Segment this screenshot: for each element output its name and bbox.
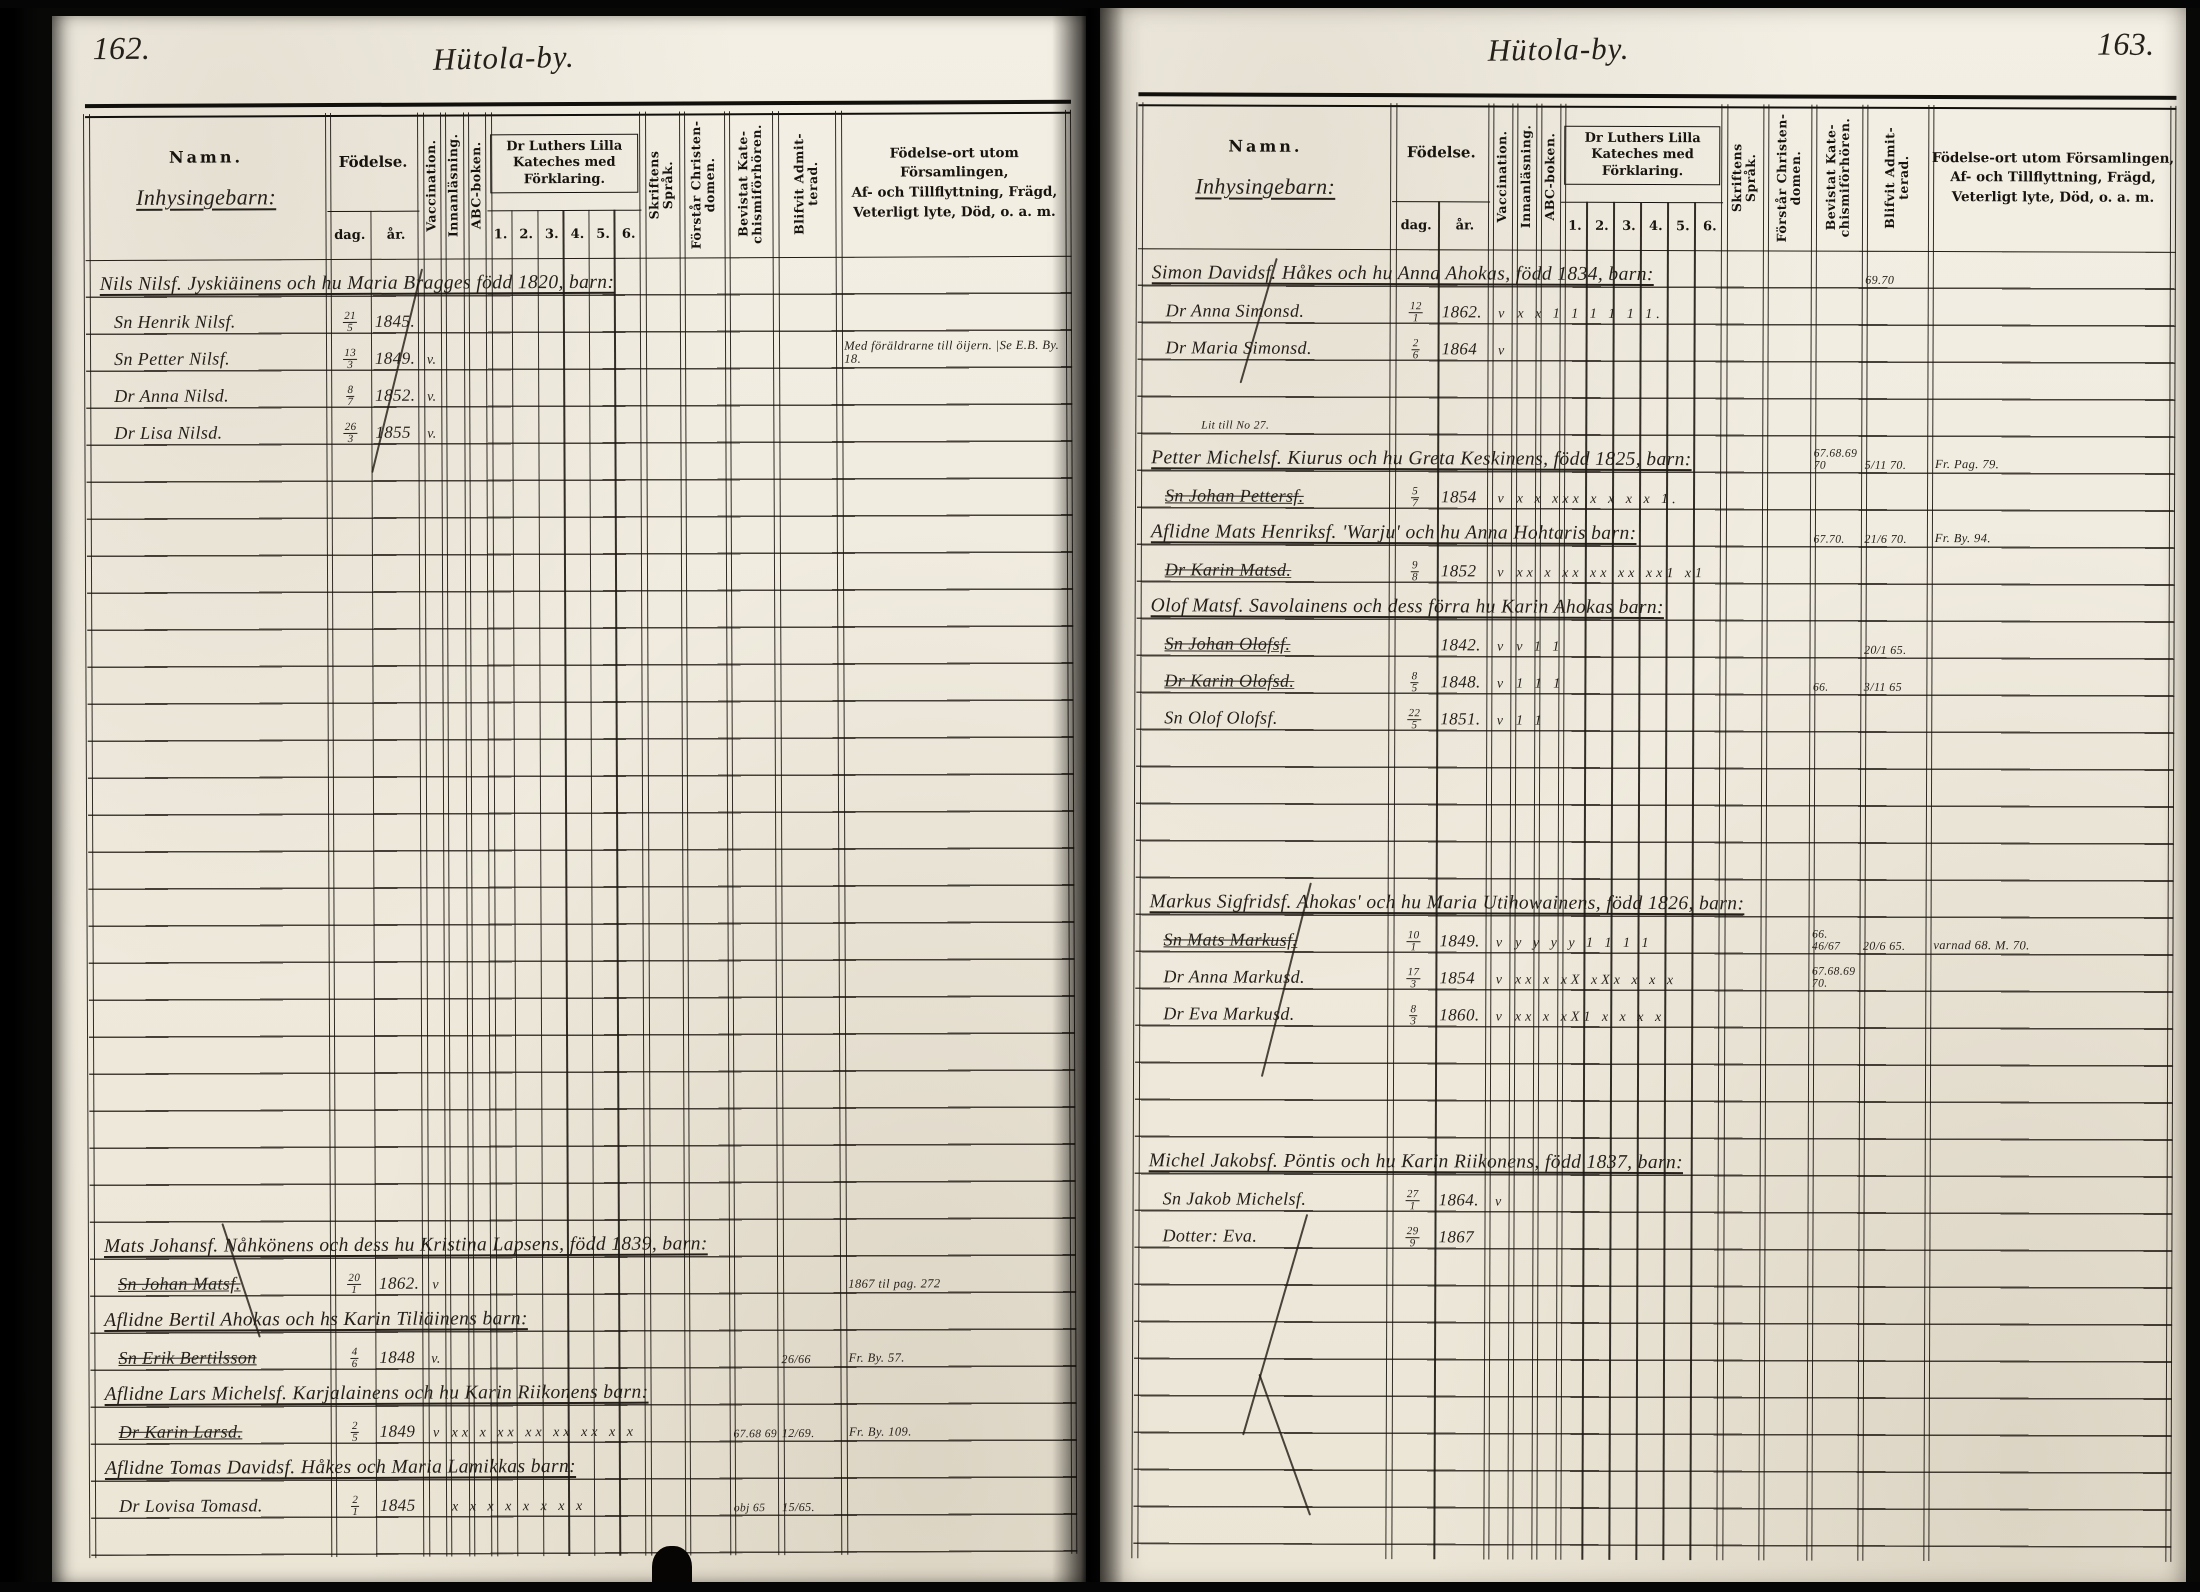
reading-marks: xx x xX1 x x x x bbox=[1511, 1010, 1721, 1029]
person-name: Sn Olof Olofsf. bbox=[1136, 707, 1390, 731]
person-name: Sn Jakob Michelsf. bbox=[1135, 1188, 1389, 1212]
birth-day: 299 bbox=[1389, 1223, 1437, 1249]
birth-day: 133 bbox=[328, 345, 373, 371]
reading-marks: v 1 1 bbox=[1512, 640, 1722, 659]
column-blifvit-admitterad: Blifvit Admit- terad. bbox=[1863, 105, 1930, 251]
column-fodelse: Födelse. bbox=[1392, 103, 1490, 201]
admitted-date: 5/11 70. bbox=[1863, 459, 1929, 474]
margin-note: Fr. By. 57. bbox=[843, 1351, 1077, 1368]
grade-2: 2. bbox=[1588, 202, 1615, 250]
birth-day: 85 bbox=[1391, 668, 1439, 694]
margin-note: 1867 til pag. 272 bbox=[842, 1277, 1076, 1294]
birth-year: 1845 bbox=[378, 1496, 425, 1518]
register-row: Aflidne Lars Michelsf. Karjalainens och … bbox=[90, 1367, 1076, 1408]
birth-year: 1852 bbox=[1439, 561, 1489, 583]
birth-day-fraction: 121 bbox=[1409, 301, 1423, 325]
examination-years: 67.68.69 70 bbox=[1812, 447, 1863, 473]
birth-day-fraction: 85 bbox=[1411, 671, 1419, 695]
register-row: Michel Jakobsf. Pöntis och hu Karin Riik… bbox=[1135, 1137, 2173, 1178]
bevistat-label: Bevistat Kate- chismiförhören. bbox=[736, 124, 764, 244]
table-header: Namn. Inhysingebarn: Födelse. dag. år. V… bbox=[1138, 102, 2177, 252]
table-body: Simon Davidsf. Håkes och hu Anna Ahokas,… bbox=[1133, 248, 2176, 1548]
examination-years: obj 65 bbox=[732, 1502, 780, 1516]
register-row: Sn Petter Nilsf.1331849.v.Med föräldrarn… bbox=[86, 331, 1072, 372]
person-name: Dr Anna Markusd. bbox=[1135, 966, 1389, 990]
person-name: Dr Anna Simonsd. bbox=[1138, 300, 1392, 324]
register-row: Dr Lisa Nilsd.2631855v. bbox=[86, 405, 1072, 446]
birth-day-fraction: 57 bbox=[1411, 486, 1419, 510]
reading-marks: y y y y 1 1 1 1 bbox=[1511, 936, 1721, 955]
birth-day: 83 bbox=[1389, 1001, 1437, 1027]
birth-day-fraction: 87 bbox=[346, 385, 354, 409]
register-row: Dr Karin Larsd.251849vxx x xx xx xx xx x… bbox=[91, 1404, 1077, 1445]
column-skriftens-sprak: Skriftens Språk. bbox=[641, 112, 681, 258]
register-row: Dr Anna Nilsd.871852.v. bbox=[86, 368, 1072, 409]
register-row: Dr Karin Olofsd.851848.v1 1 166.3/11 65 bbox=[1136, 656, 2174, 697]
birth-year: 1851. bbox=[1438, 709, 1488, 731]
bevistat-label: Bevistat Kate- chismiförhören. bbox=[1824, 118, 1852, 238]
birth-year: 1852. bbox=[373, 386, 420, 408]
column-fodelseort: Födelse-ort utom Församlingen, Af- och T… bbox=[1930, 105, 2177, 252]
column-dag: dag. bbox=[327, 211, 373, 259]
birth-year: 1862. bbox=[1440, 302, 1490, 324]
birth-year: 1849. bbox=[1437, 931, 1487, 953]
birth-day-fraction: 101 bbox=[1407, 930, 1421, 954]
page-number: 162. bbox=[93, 30, 151, 67]
person-name: Dr Lovisa Tomasd. bbox=[91, 1495, 333, 1519]
namn-label: Namn. bbox=[1228, 137, 1302, 156]
section-heading: Inhysingebarn: bbox=[1195, 173, 1335, 199]
register-row: Olof Matsf. Savolainens och dess förra h… bbox=[1137, 582, 2175, 623]
birth-day-fraction: 46 bbox=[351, 1347, 359, 1371]
admitted-date: 3/11 65 bbox=[1862, 681, 1928, 696]
innanlasning-label: Innanläsning. bbox=[446, 134, 460, 238]
register-table: Namn. Inhysingebarn: Födelse. dag. år. V… bbox=[1133, 92, 2176, 1562]
birth-day-fraction: 225 bbox=[1407, 708, 1421, 732]
family-group-heading: Michel Jakobsf. Pöntis och hu Karin Riik… bbox=[1135, 1150, 1810, 1176]
birth-day: 121 bbox=[1392, 298, 1440, 324]
register-row: Aflidne Bertil Ahokas och hs Karin Tiliä… bbox=[90, 1293, 1076, 1334]
grade-6: 6. bbox=[616, 210, 642, 258]
birth-day: 263 bbox=[328, 419, 373, 445]
scanned-register-spread: 162. Hütola-by. Namn. Inhysingebarn: Föd… bbox=[0, 0, 2200, 1592]
birth-day: 26 bbox=[1392, 335, 1440, 361]
family-group-heading: Simon Davidsf. Håkes och hu Anna Ahokas,… bbox=[1138, 262, 1813, 288]
birth-year: 1862. bbox=[377, 1274, 424, 1296]
examination-years: 67.68.69 70. bbox=[1810, 965, 1861, 991]
person-name: Dr Karin Matsd. bbox=[1137, 559, 1391, 583]
vaccination-label: Vaccination. bbox=[424, 140, 438, 232]
person-name: Sn Johan Olofsf. bbox=[1136, 633, 1390, 657]
grade-2: 2. bbox=[513, 210, 539, 258]
birth-year: 1860. bbox=[1437, 1005, 1487, 1027]
page-inner: 162. Hütola-by. Namn. Inhysingebarn: Föd… bbox=[49, 14, 1090, 1584]
register-row: Markus Sigfridsf. Ahokas' och hu Maria U… bbox=[1136, 878, 2174, 919]
family-group-heading: Olof Matsf. Savolainens och dess förra h… bbox=[1137, 595, 1812, 621]
register-row: Sn Erik Bertilsson461848v.26/66Fr. By. 5… bbox=[90, 1330, 1076, 1371]
register-row: Sn Johan Pettersf.571854vx x xxx x x x x… bbox=[1137, 471, 2175, 512]
register-row: Dr Karin Matsd.981852vxx x xx xx xx xx1 … bbox=[1137, 545, 2175, 586]
column-dag: dag. bbox=[1392, 201, 1440, 249]
birth-day-fraction: 26 bbox=[1412, 338, 1420, 362]
birth-day-fraction: 271 bbox=[1406, 1189, 1420, 1213]
birth-day: 225 bbox=[1391, 705, 1439, 731]
page-title: Hütola-by. bbox=[432, 39, 575, 78]
table-header: Namn. Inhysingebarn: Födelse. dag. år. V… bbox=[85, 110, 1072, 260]
column-fodelse: Födelse. bbox=[327, 113, 420, 211]
forstar-label: Förstår Christen- domen. bbox=[1775, 113, 1803, 242]
skriftens-sprak-label: Skriftens Språk. bbox=[1730, 143, 1758, 212]
birth-day-fraction: 25 bbox=[351, 1421, 359, 1445]
register-page-162: 162. Hütola-by. Namn. Inhysingebarn: Föd… bbox=[52, 16, 1086, 1582]
examination-years: 67.70. bbox=[1811, 534, 1862, 548]
grade-6: 6. bbox=[1696, 202, 1723, 250]
grade-4: 4. bbox=[1642, 202, 1669, 250]
group-ref-note: Lit till No 27. bbox=[1201, 419, 1269, 431]
column-namn: Namn. Inhysingebarn: bbox=[1138, 102, 1393, 249]
pen-stroke bbox=[1258, 1374, 1311, 1516]
birth-day-fraction: 263 bbox=[344, 422, 358, 446]
birth-day-fraction: 83 bbox=[1409, 1004, 1417, 1028]
register-table: Namn. Inhysingebarn: Födelse. dag. år. V… bbox=[85, 100, 1077, 1558]
birth-day: 271 bbox=[1389, 1186, 1437, 1212]
person-name: Sn Johan Matsf. bbox=[90, 1273, 332, 1297]
person-name: Dr Eva Markusd. bbox=[1135, 1003, 1389, 1027]
column-fodelseort: Födelse-ort utom Församlingen, Af- och T… bbox=[837, 110, 1071, 257]
grade-5: 5. bbox=[1669, 202, 1696, 250]
person-name: Dr Anna Nilsd. bbox=[86, 385, 328, 409]
admitted-date: 21/6 70. bbox=[1862, 533, 1928, 548]
birth-day: 57 bbox=[1391, 483, 1439, 509]
register-row: Sn Jakob Michelsf.2711864.v bbox=[1135, 1174, 2173, 1215]
birth-year: 1848 bbox=[377, 1348, 424, 1370]
namn-label: Namn. bbox=[169, 147, 243, 166]
birth-day-fraction: 98 bbox=[1411, 560, 1419, 584]
register-row: Sn Johan Olofsf.1842.vv 1 120/1 65. bbox=[1136, 619, 2174, 660]
family-group-heading: Markus Sigfridsf. Ahokas' och hu Maria U… bbox=[1136, 891, 1811, 917]
birth-year: 1848. bbox=[1438, 672, 1488, 694]
admitted-date: 20/6 65. bbox=[1861, 940, 1927, 955]
table-body: Nils Nilsf. Jyskiäinens och hu Maria Bra… bbox=[86, 256, 1078, 1556]
birth-day-fraction: 215 bbox=[343, 311, 357, 335]
person-name: Sn Petter Nilsf. bbox=[86, 348, 328, 372]
family-group-heading: Aflidne Bertil Ahokas och hs Karin Tiliä… bbox=[90, 1307, 731, 1334]
reading-marks: x x x x x x x x bbox=[448, 1499, 647, 1518]
admitted-date: 12/69. bbox=[780, 1427, 843, 1442]
column-skriftens-sprak: Skriftens Språk. bbox=[1723, 104, 1765, 250]
margin-note: varnad 68. M. 70. bbox=[1927, 939, 2173, 956]
register-row: Dr Maria Simonsd.261864v bbox=[1138, 323, 2176, 364]
birth-day-fraction: 299 bbox=[1406, 1226, 1420, 1250]
margin-note: Fr. Pag. 79. bbox=[1929, 458, 2175, 475]
innanlasning-label: Innanläsning. bbox=[1519, 125, 1533, 229]
table-grid: Namn. Inhysingebarn: Födelse. dag. år. V… bbox=[1133, 102, 2176, 1562]
birth-day: 173 bbox=[1390, 964, 1438, 990]
examination-years: 66. bbox=[1811, 682, 1862, 696]
book-spine-edge bbox=[0, 0, 40, 1592]
register-row: Sn Mats Markusf.1011849.vy y y y 1 1 1 1… bbox=[1135, 915, 2173, 956]
person-name: Dr Karin Larsd. bbox=[91, 1421, 333, 1445]
column-forstar-christendomen: Förstår Christen- domen. bbox=[680, 111, 726, 257]
reading-marks: xx x xx xx xx xx x x bbox=[448, 1425, 647, 1444]
abc-boken-label: ABC-boken. bbox=[1543, 133, 1557, 221]
section-heading: Inhysingebarn: bbox=[136, 184, 276, 211]
register-row: Mats Johansf. Nåhkönens och dess hu Kris… bbox=[90, 1219, 1076, 1260]
kateches-label: Dr Luthers Lilla Kateches med Förklaring… bbox=[490, 134, 638, 193]
family-group-heading: Aflidne Tomas Davidsf. Håkes och Maria L… bbox=[91, 1455, 732, 1482]
birth-day: 101 bbox=[1390, 927, 1438, 953]
person-name: Sn Johan Pettersf. bbox=[1137, 485, 1391, 509]
column-ar: år. bbox=[372, 211, 420, 259]
person-name: Dr Lisa Nilsd. bbox=[86, 422, 328, 446]
admitted-date: 15/65. bbox=[780, 1501, 843, 1516]
page-title: Hütola-by. bbox=[1488, 31, 1630, 69]
reading-marks: xx x xX xXx x x x bbox=[1511, 973, 1721, 992]
scan-top-edge bbox=[0, 0, 2200, 8]
register-page-163: 163. Hütola-by. Namn. Inhysingebarn: Föd… bbox=[1100, 8, 2186, 1586]
birth-day-fraction: 201 bbox=[347, 1273, 361, 1297]
birth-day: 46 bbox=[332, 1344, 377, 1370]
register-row: Dr Eva Markusd.831860.vxx x xX1 x x x x bbox=[1135, 989, 2173, 1030]
register-row: Sn Henrik Nilsf.2151845. bbox=[86, 294, 1072, 335]
grade-3: 3. bbox=[1615, 202, 1642, 250]
admitted-date: 69.70 bbox=[1863, 274, 1929, 289]
register-row: Aflidne Mats Henriksf. 'Warju' och hu An… bbox=[1137, 508, 2175, 549]
register-row: Dotter: Eva.2991867 bbox=[1134, 1211, 2172, 1252]
family-group-heading: Aflidne Mats Henriksf. 'Warju' och hu An… bbox=[1137, 521, 1812, 547]
birth-year: 1864 bbox=[1440, 339, 1490, 361]
scan-bottom-edge bbox=[0, 1582, 2200, 1592]
register-row: Sn Olof Olofsf.2251851.v1 1 bbox=[1136, 693, 2174, 734]
grade-3: 3. bbox=[539, 210, 565, 258]
column-blifvit-admitterad: Blifvit Admit- terad. bbox=[774, 111, 838, 257]
admitted-date: 20/1 65. bbox=[1862, 644, 1928, 659]
reading-marks: x x xxx x x x x 1. bbox=[1513, 492, 1723, 511]
skriftens-sprak-label: Skriftens Språk. bbox=[647, 150, 675, 219]
birth-day: 87 bbox=[328, 382, 373, 408]
column-namn: Namn. Inhysingebarn: bbox=[85, 113, 327, 260]
vaccination-label: Vaccination. bbox=[1495, 130, 1509, 222]
column-bevistat: Bevistat Kate- chismiförhören. bbox=[726, 111, 775, 257]
margin-note: Fr. By. 94. bbox=[1929, 532, 2175, 549]
margin-note: Med föräldrarne till öijern. |Se E.B. By… bbox=[838, 338, 1072, 369]
abc-boken-label: ABC-boken. bbox=[469, 141, 483, 229]
person-name: Dotter: Eva. bbox=[1134, 1225, 1388, 1249]
birth-year: 1842. bbox=[1439, 635, 1489, 657]
birth-day: 98 bbox=[1391, 557, 1439, 583]
birth-day: 21 bbox=[333, 1492, 378, 1518]
register-row: Nils Nilsf. Jyskiäinens och hu Maria Bra… bbox=[86, 257, 1072, 298]
register-row: Petter Michelsf. Kiurus och hu Greta Kes… bbox=[1137, 434, 2175, 475]
person-name: Dr Karin Olofsd. bbox=[1136, 670, 1390, 694]
kateches-label: Dr Luthers Lilla Kateches med Förklaring… bbox=[1565, 126, 1721, 185]
table-grid: Namn. Inhysingebarn: Födelse. dag. år. V… bbox=[85, 110, 1077, 1558]
page-gutter-shadow bbox=[1052, 0, 1124, 1592]
column-forstar-christendomen: Förstår Christen- domen. bbox=[1765, 104, 1813, 250]
birth-day-fraction: 173 bbox=[1407, 967, 1421, 991]
birth-year: 1849 bbox=[378, 1422, 425, 1444]
birth-year: 1854 bbox=[1439, 487, 1489, 509]
register-row: Aflidne Tomas Davidsf. Håkes och Maria L… bbox=[91, 1441, 1077, 1482]
register-row: Simon Davidsf. Håkes och hu Anna Ahokas,… bbox=[1138, 249, 2176, 290]
reading-marks: 1 1 1 bbox=[1512, 677, 1722, 696]
birth-day-fraction: 133 bbox=[343, 348, 357, 372]
birth-day: 215 bbox=[327, 308, 372, 334]
birth-day: 201 bbox=[332, 1270, 377, 1296]
reading-marks: 1 1 bbox=[1512, 714, 1722, 733]
birth-year: 1854 bbox=[1437, 968, 1487, 990]
person-name: Dr Maria Simonsd. bbox=[1138, 337, 1392, 361]
birth-year: 1845. bbox=[373, 312, 420, 334]
column-kateches: Dr Luthers Lilla Kateches med Förklaring… bbox=[1561, 104, 1723, 203]
examination-years: 66. 46/67 bbox=[1810, 928, 1861, 954]
column-ar: år. bbox=[1440, 201, 1490, 249]
column-kateches: Dr Luthers Lilla Kateches med Förklaring… bbox=[487, 112, 641, 211]
register-row: Dr Lovisa Tomasd.211845x x x x x x x xob… bbox=[91, 1478, 1077, 1519]
family-group-heading: Petter Michelsf. Kiurus och hu Greta Kes… bbox=[1137, 447, 1812, 473]
forstar-label: Förstår Christen- domen. bbox=[689, 120, 717, 249]
person-name: Sn Henrik Nilsf. bbox=[86, 311, 328, 335]
page-inner: 163. Hütola-by. Namn. Inhysingebarn: Föd… bbox=[1097, 6, 2189, 1588]
family-group-heading: Mats Johansf. Nåhkönens och dess hu Kris… bbox=[90, 1233, 731, 1260]
page-number: 163. bbox=[2097, 26, 2155, 63]
family-group-heading: Aflidne Lars Michelsf. Karjalainens och … bbox=[91, 1381, 732, 1408]
admitterad-label: Blifvit Admit- terad. bbox=[1883, 127, 1911, 229]
family-group-heading: Nils Nilsf. Jyskiäinens och hu Maria Bra… bbox=[86, 271, 727, 298]
column-bevistat: Bevistat Kate- chismiförhören. bbox=[1812, 105, 1863, 251]
person-name: Sn Erik Bertilsson bbox=[90, 1347, 332, 1371]
reading-marks: x x 1 1 1 1 1 1. bbox=[1513, 307, 1723, 326]
reading-marks: xx x xx xx xx xx1 x1 bbox=[1512, 566, 1722, 585]
birth-year: 1864. bbox=[1437, 1190, 1487, 1212]
grade-5: 5. bbox=[590, 210, 616, 258]
birth-day-fraction: 21 bbox=[351, 1495, 359, 1519]
margin-note: Fr. By. 109. bbox=[843, 1425, 1077, 1442]
person-name: Sn Mats Markusf. bbox=[1135, 929, 1389, 953]
birth-day: 25 bbox=[332, 1418, 377, 1444]
examination-years: 67.68 69 bbox=[732, 1428, 780, 1442]
grade-4: 4. bbox=[565, 210, 591, 258]
admitted-date: 26/66 bbox=[779, 1353, 842, 1368]
admitterad-label: Blifvit Admit- terad. bbox=[792, 133, 820, 235]
register-row: Dr Anna Simonsd.1211862.vx x 1 1 1 1 1 1… bbox=[1138, 286, 2176, 327]
birth-year: 1867 bbox=[1436, 1227, 1486, 1249]
